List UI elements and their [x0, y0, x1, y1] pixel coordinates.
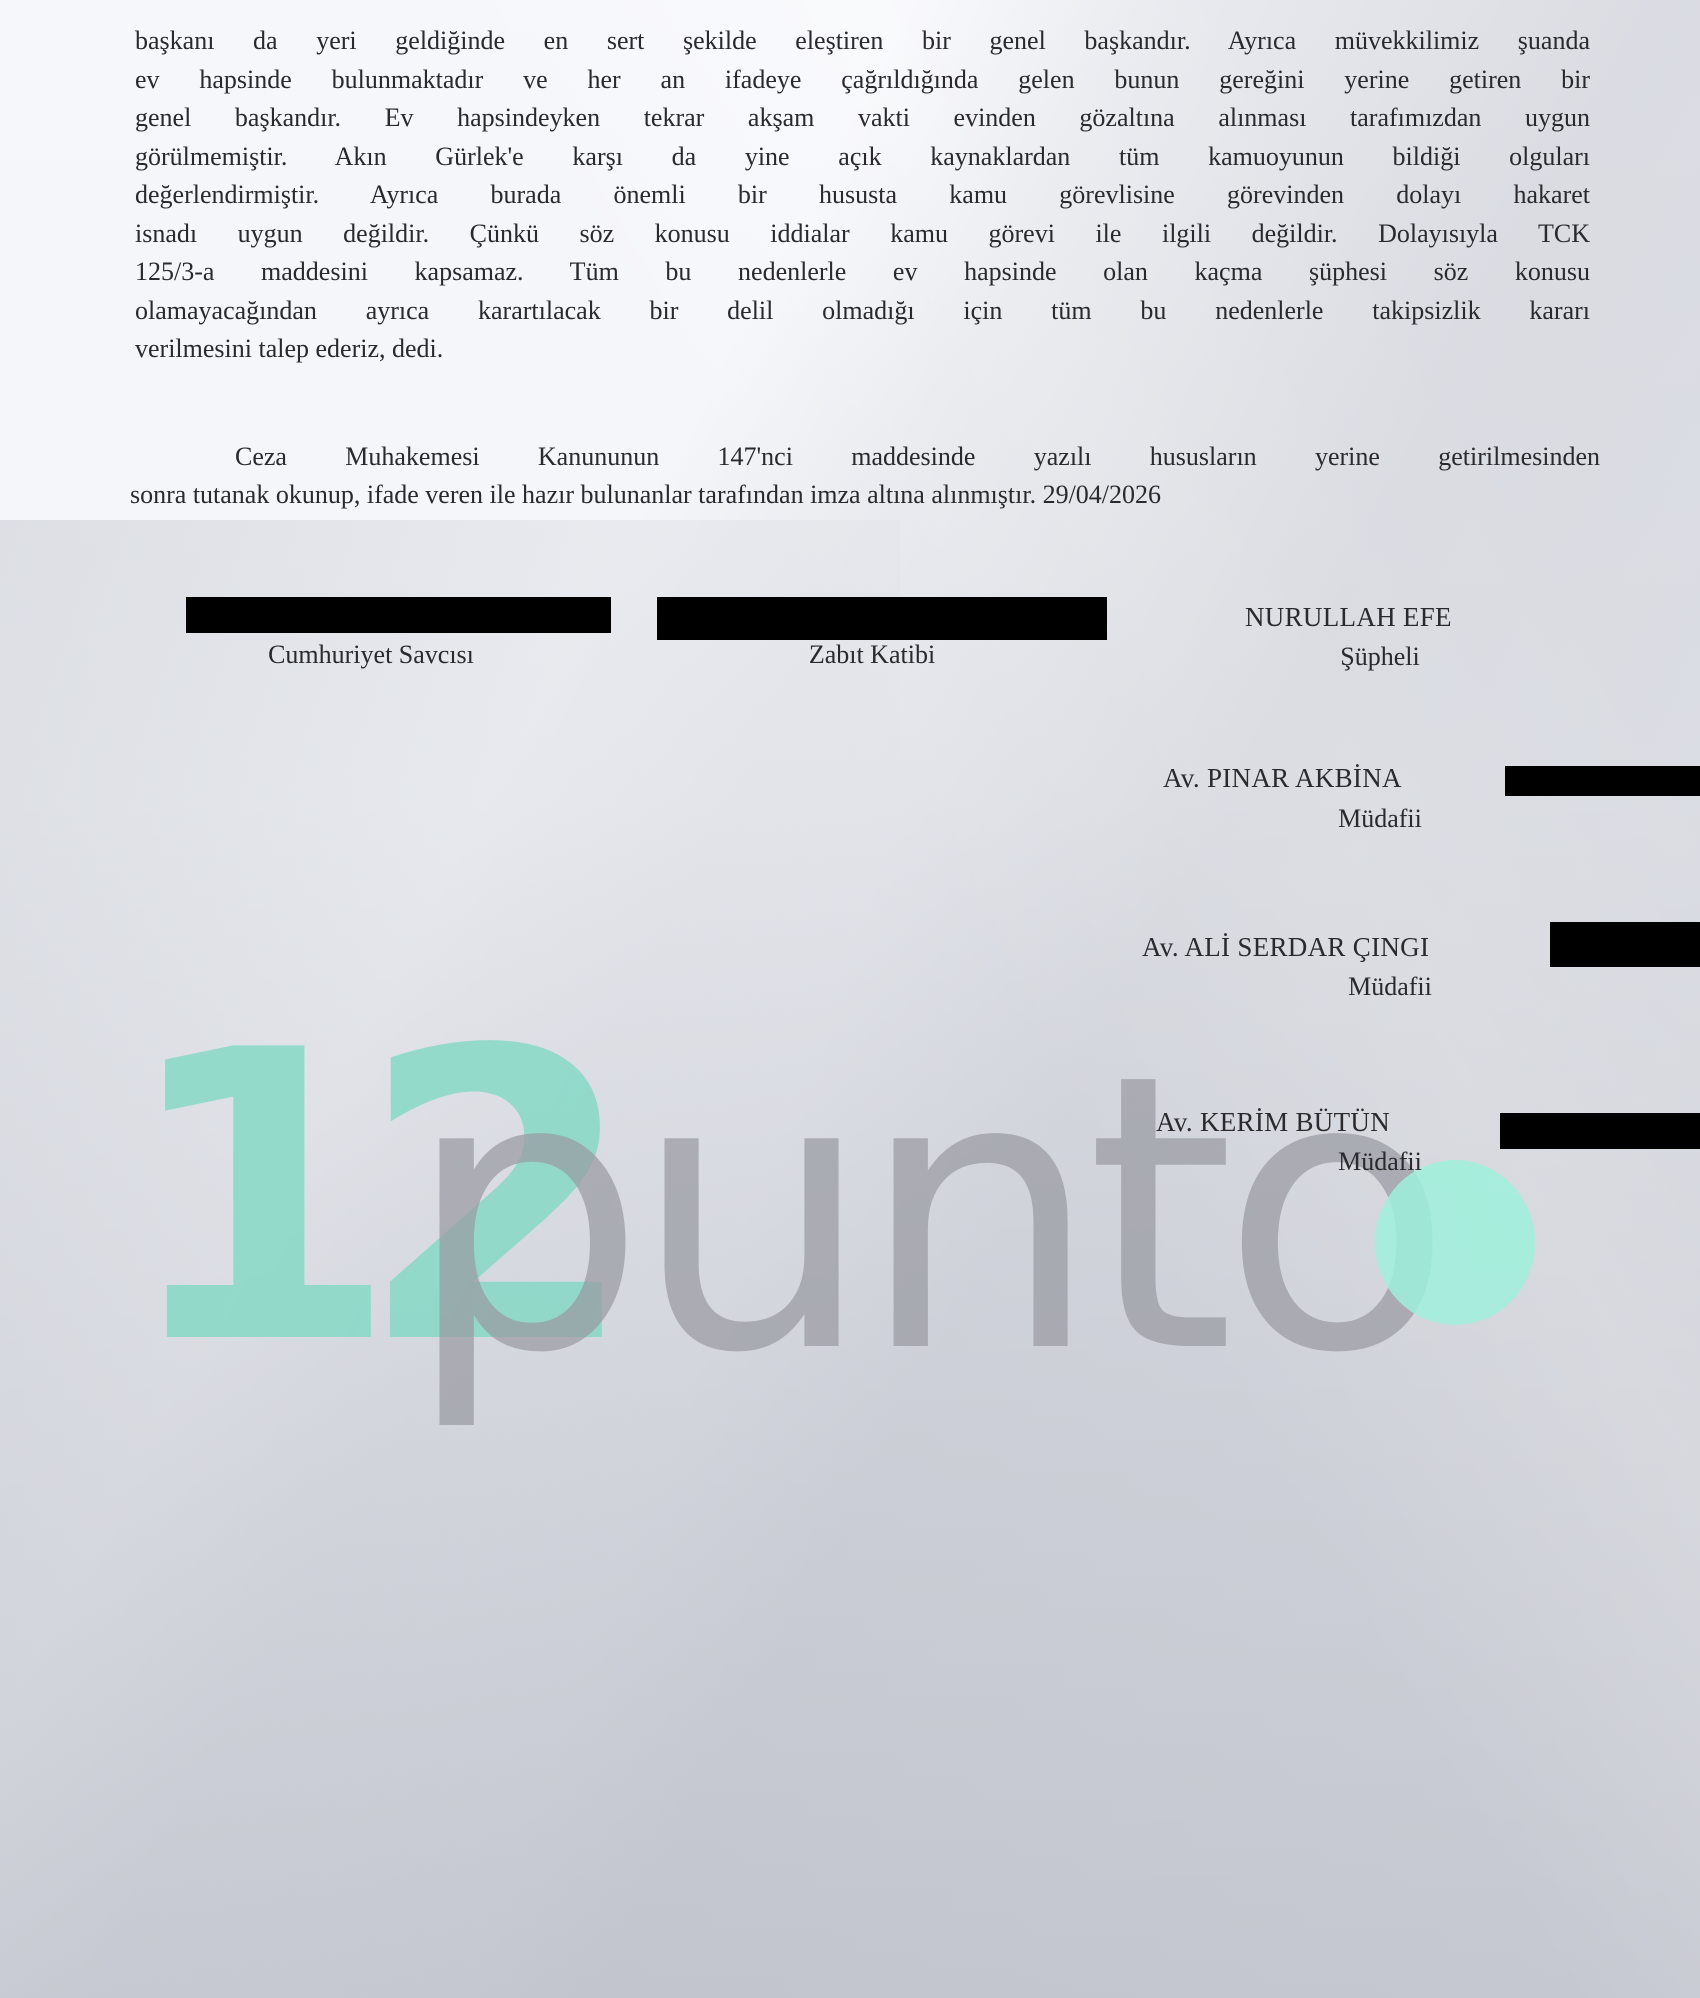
paragraph-line: genel başkandır. Ev hapsindeyken tekrar …: [135, 99, 1590, 138]
paragraph-line: görülmemiştir. Akın Gürlek'e karşı da yi…: [135, 138, 1590, 177]
lawyer-role: Müdafii: [1300, 804, 1460, 834]
lawyer-name: Av. PINAR AKBİNA: [1163, 763, 1402, 794]
redaction-lawyer-surname: [1505, 766, 1700, 796]
redaction-prosecutor-name: [186, 597, 611, 633]
suspect-label: Şüpheli: [1300, 642, 1460, 672]
prosecutor-label: Cumhuriyet Savcısı: [186, 640, 556, 670]
closing-line: sonra tutanak okunup, ifade veren ile ha…: [130, 476, 1600, 514]
clerk-label: Zabıt Katibi: [657, 640, 1087, 670]
lawyer-role: Müdafii: [1305, 972, 1475, 1002]
paragraph-line: verilmesini talep ederiz, dedi.: [135, 330, 1590, 369]
redaction-lawyer-surname: [1550, 922, 1700, 967]
lawyer-name: Av. ALİ SERDAR ÇINGI: [1142, 932, 1429, 963]
lawyer-name: Av. KERİM BÜTÜN: [1156, 1107, 1390, 1138]
paragraph-line: olamayacağından ayrıca karartılacak bir …: [135, 292, 1590, 331]
suspect-name: NURULLAH EFE: [1245, 602, 1452, 633]
paragraph-line: başkanı da yeri geldiğinde en sert şekil…: [135, 22, 1590, 61]
redaction-lawyer-surname: [1500, 1113, 1700, 1149]
paragraph-line: isnadı uygun değildir. Çünkü söz konusu …: [135, 215, 1590, 254]
closing-paragraph: Ceza Muhakemesi Kanununun 147'nci maddes…: [130, 438, 1600, 514]
paragraph-line: değerlendirmiştir. Ayrıca burada önemli …: [135, 176, 1590, 215]
lawyer-role: Müdafii: [1305, 1147, 1455, 1177]
closing-line: Ceza Muhakemesi Kanununun 147'nci maddes…: [130, 438, 1600, 476]
paragraph-line: 125/3-a maddesini kapsamaz. Tüm bu neden…: [135, 253, 1590, 292]
statement-paragraph: başkanı da yeri geldiğinde en sert şekil…: [135, 22, 1590, 369]
paragraph-line: ev hapsinde bulunmaktadır ve her an ifad…: [135, 61, 1590, 100]
redaction-clerk-name: [657, 597, 1107, 640]
